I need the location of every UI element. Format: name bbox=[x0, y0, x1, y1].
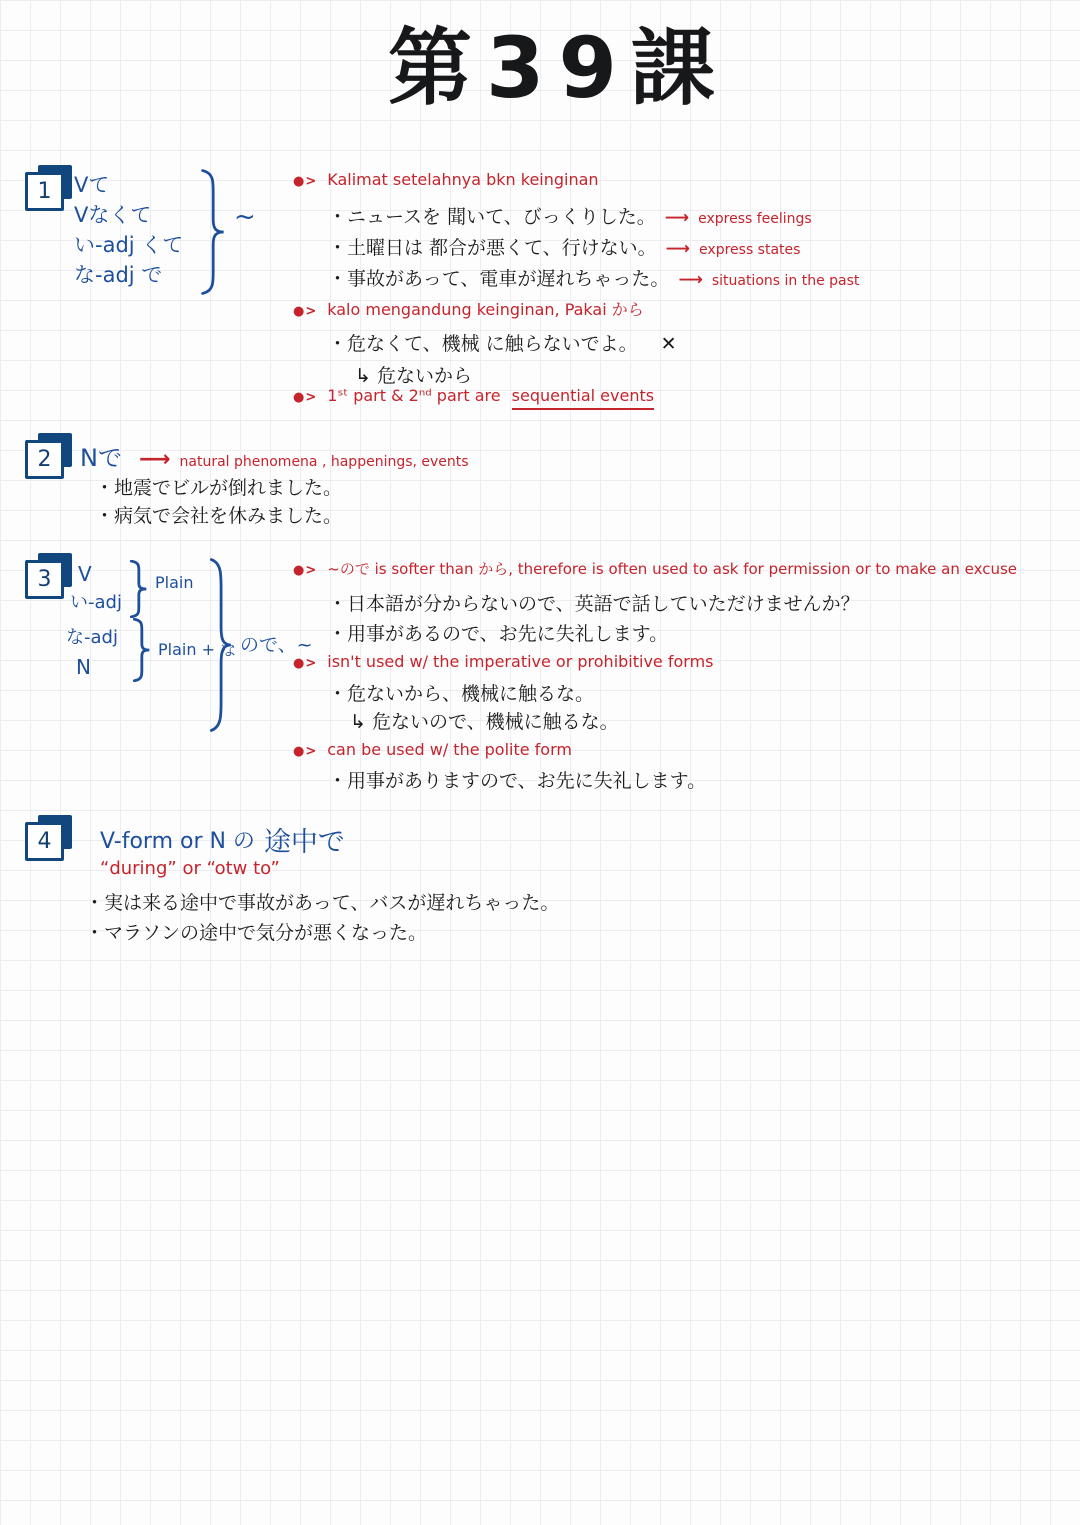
section-number: 4 bbox=[38, 829, 52, 854]
note-line: ●>kalo mengandung keinginan, Pakai から bbox=[293, 297, 644, 320]
note-line: ●>~ので is softer than から, therefore is of… bbox=[293, 558, 1017, 579]
note-text: isn't used w/ the imperative or prohibit… bbox=[327, 652, 713, 671]
arrow-right-icon: ⟶ bbox=[678, 270, 702, 290]
example-row: ・土曜日は 都合が悪くて、行けない。 ⟶ express states bbox=[328, 233, 800, 260]
bullet-icon: ●> bbox=[293, 174, 317, 189]
example-row: ・ニュースを 聞いて、びっくりした。 ⟶ express feelings bbox=[328, 202, 812, 229]
pattern-label: Nで bbox=[80, 438, 122, 473]
note-line: ●>1ˢᵗ part & 2ⁿᵈ part are sequential eve… bbox=[293, 386, 654, 405]
form-i-adj: い-adj bbox=[70, 588, 122, 618]
example-jp: ・地震でビルが倒れました。 bbox=[95, 473, 342, 500]
section-number: 2 bbox=[38, 447, 52, 472]
notebook-page: 第39課 1 Vて Vなくて い-adj くて な-adj で ~ ●>Kali… bbox=[0, 0, 1080, 1525]
header-note: natural phenomena , happenings, events bbox=[180, 454, 469, 470]
example-jp: ・病気で会社を休みました。 bbox=[95, 501, 342, 528]
correction-line: ↳ 危ないので、機械に触るな。 bbox=[350, 707, 619, 734]
section-4-badge: 4 bbox=[25, 822, 75, 864]
form-v-nakute: Vなくて bbox=[74, 200, 151, 230]
bullet-icon: ●> bbox=[293, 656, 317, 671]
bullet-icon: ●> bbox=[293, 304, 317, 319]
arrow-right-icon: ⟶ bbox=[665, 208, 689, 228]
form-v: V bbox=[78, 559, 92, 589]
note-line: ●>Kalimat setelahnya bkn keinginan bbox=[293, 170, 599, 189]
brace-icon bbox=[207, 556, 233, 734]
example-annotation: situations in the past bbox=[712, 273, 860, 289]
wrong-example-row: ・危なくて、機械 に触らないでよ。 ✕ bbox=[328, 329, 677, 356]
example-jp: ・実は来る途中で事故があって、バスが遅れちゃった。 bbox=[85, 888, 559, 915]
pattern-prefix: V-form or N の bbox=[100, 824, 255, 855]
correction-line: ↳ 危ないから bbox=[355, 361, 472, 388]
example-jp: ・用事があるので、お先に失礼します。 bbox=[328, 619, 668, 646]
example-jp: ・危なくて、機械 に触らないでよ。 bbox=[328, 329, 638, 356]
section-1-badge: 1 bbox=[25, 172, 75, 214]
bullet-icon: ●> bbox=[293, 744, 317, 759]
section-number: 1 bbox=[38, 179, 52, 204]
form-n: N bbox=[76, 652, 91, 682]
note-text: can be used w/ the polite form bbox=[327, 740, 572, 759]
arrow-right-icon: ⟶ bbox=[139, 447, 171, 472]
example-annotation: express states bbox=[699, 242, 800, 258]
section-2-badge: 2 bbox=[25, 440, 75, 482]
section-2-header: Nで ⟶ natural phenomena , happenings, eve… bbox=[80, 438, 469, 473]
form-v-te: Vて bbox=[74, 170, 109, 200]
example-row: ・事故があって、電車が遅れちゃった。 ⟶ situations in the p… bbox=[328, 264, 859, 291]
form-na-adj: な-adj bbox=[66, 623, 118, 653]
note-text: 1ˢᵗ part & 2ⁿᵈ part are bbox=[327, 386, 500, 405]
note-text: kalo mengandung keinginan, Pakai から bbox=[327, 300, 644, 319]
pattern-main: 途中で bbox=[264, 820, 345, 859]
note-line: ●>can be used w/ the polite form bbox=[293, 740, 572, 759]
example-jp: ・ニュースを 聞いて、びっくりした。 bbox=[328, 202, 656, 229]
brace-icon bbox=[131, 618, 151, 682]
example-jp: ・用事がありますので、お先に失礼します。 bbox=[328, 766, 706, 793]
meaning-note: “during” or “otw to” bbox=[100, 858, 280, 879]
wrong-example-jp: ・危ないから、機械に触るな。 bbox=[328, 679, 594, 706]
example-annotation: express feelings bbox=[698, 211, 812, 227]
arrow-right-icon: ⟶ bbox=[666, 239, 690, 259]
example-jp: ・土曜日は 都合が悪くて、行けない。 bbox=[328, 233, 657, 260]
page-title: 第39課 bbox=[388, 22, 729, 114]
note-text: ~ので is softer than から, therefore is ofte… bbox=[327, 560, 1017, 578]
brace-icon bbox=[198, 168, 226, 296]
form-na-adj-de: な-adj で bbox=[74, 260, 162, 290]
group-label-plain: Plain bbox=[155, 573, 193, 592]
note-line: ●>isn't used w/ the imperative or prohib… bbox=[293, 652, 714, 671]
section-3-badge: 3 bbox=[25, 560, 75, 602]
example-jp: ・事故があって、電車が遅れちゃった。 bbox=[328, 264, 669, 291]
section-number: 3 bbox=[38, 567, 52, 592]
example-jp: ・日本語が分からないので、英語で話していただけませんか？ bbox=[328, 589, 860, 616]
form-i-adj-kute: い-adj くて bbox=[74, 230, 183, 260]
brace-icon bbox=[128, 560, 148, 618]
cross-mark-icon: ✕ bbox=[661, 333, 677, 355]
example-jp: ・マラソンの途中で気分が悪くなった。 bbox=[85, 918, 427, 945]
bullet-icon: ●> bbox=[293, 390, 317, 405]
note-text: Kalimat setelahnya bkn keinginan bbox=[327, 170, 598, 189]
bullet-icon: ●> bbox=[293, 563, 317, 578]
section-4-header: V-form or N の 途中で bbox=[100, 820, 345, 859]
tilde-icon: ~ bbox=[234, 202, 256, 232]
note-text-underlined: sequential events bbox=[512, 386, 654, 410]
